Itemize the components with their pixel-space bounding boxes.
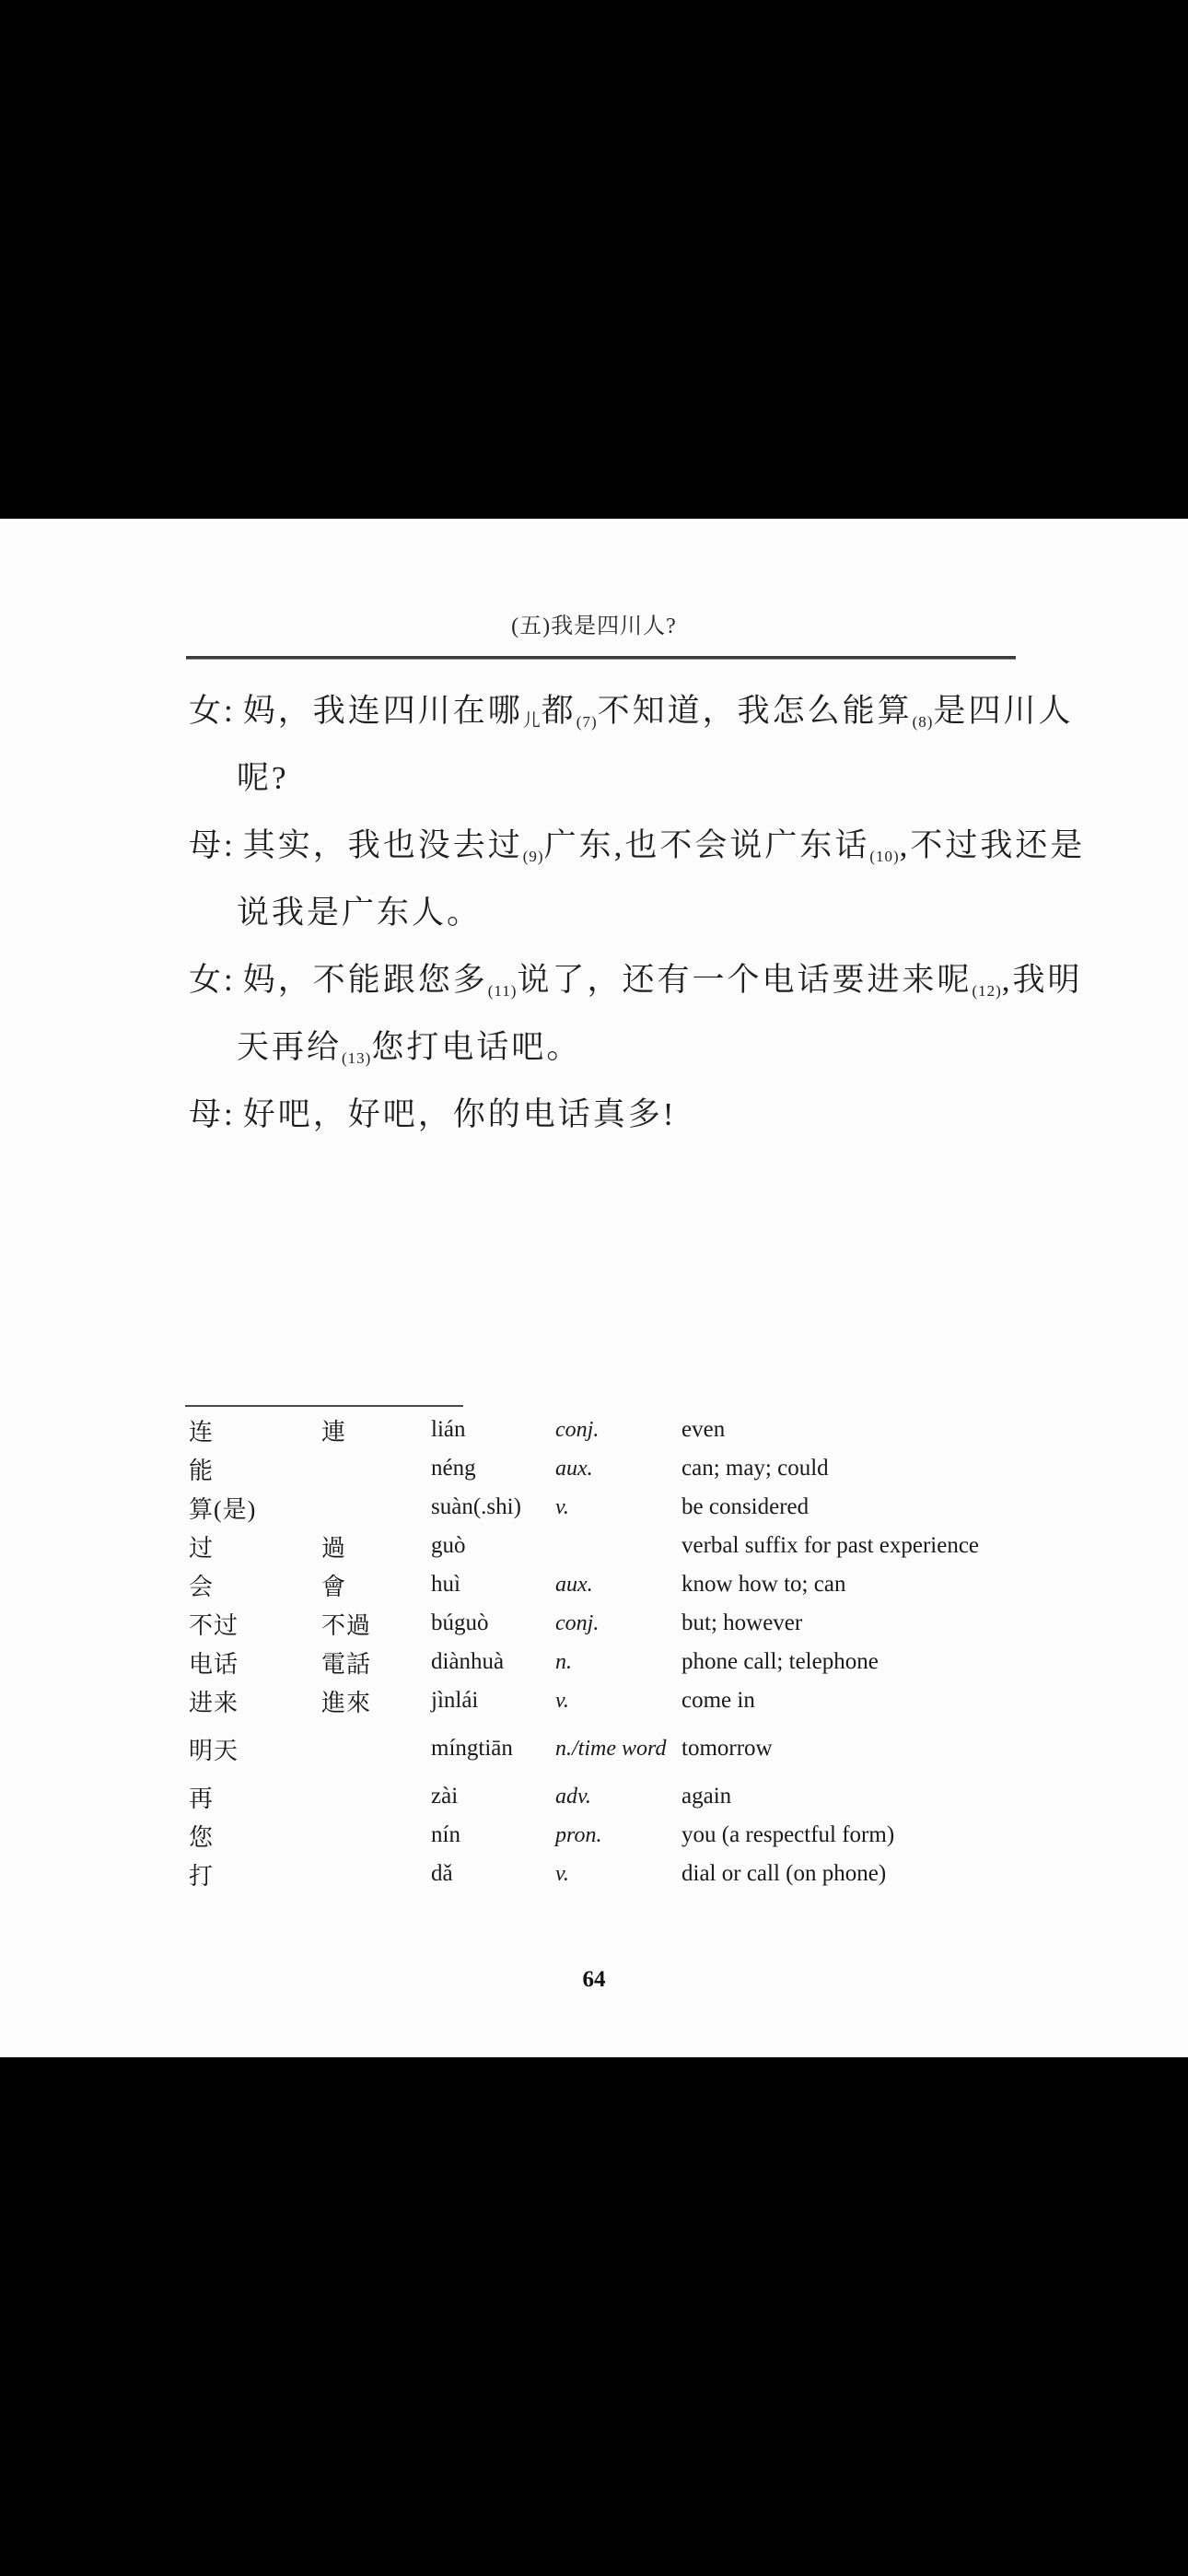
pos-cell: v. <box>555 1689 681 1713</box>
pos-cell: v. <box>555 1862 681 1886</box>
pinyin-cell: míngtiān <box>431 1736 555 1762</box>
vocab-divider <box>185 1405 463 1407</box>
dialogue-line: 母:其实，我也没去过(9)广东,也不会说广东话(10),不过我还是 <box>0 812 1188 879</box>
simplified-cell: 您 <box>189 1819 321 1853</box>
dialogue-text: 说了，还有一个电话要进来呢 <box>517 962 972 998</box>
dialogue-text: 您打电话吧。 <box>371 1029 581 1065</box>
dialogue-text: ,我明 <box>1002 962 1083 998</box>
simplified-cell: 能 <box>189 1452 321 1486</box>
speaker-label: 母: <box>189 1096 236 1132</box>
vocab-row: 打dǎv.dial or call (on phone) <box>0 1855 1188 1893</box>
book-page: (五)我是四川人? 女:妈，我连四川在哪儿都(7)不知道，我怎么能算(8)是四川… <box>0 519 1188 2057</box>
vocab-row: 连連liánconj.even <box>0 1411 1188 1449</box>
header-divider <box>186 656 1016 660</box>
meaning-cell: but; however <box>681 1610 1188 1636</box>
dialogue-line: 呢? <box>0 744 1188 812</box>
vocab-table: 连連liánconj.even能néngaux.can; may; could算… <box>0 1411 1188 1893</box>
dialogue: 女:妈，我连四川在哪儿都(7)不知道，我怎么能算(8)是四川人呢?母:其实，我也… <box>0 677 1188 1148</box>
annotation-subscript: (7) <box>577 713 598 731</box>
pinyin-cell: néng <box>431 1456 555 1481</box>
page-title: (五)我是四川人? <box>0 611 1188 642</box>
annotation-subscript: (13) <box>342 1049 371 1067</box>
pos-cell: aux. <box>555 1573 681 1597</box>
simplified-cell: 不过 <box>189 1607 321 1641</box>
pos-cell: aux. <box>555 1457 681 1481</box>
dialogue-text: 妈，我连四川在哪 <box>243 693 523 729</box>
meaning-cell: be considered <box>681 1494 1188 1520</box>
scanned-page-letterbox: (五)我是四川人? 女:妈，我连四川在哪儿都(7)不知道，我怎么能算(8)是四川… <box>0 0 1188 2576</box>
meaning-cell: tomorrow <box>681 1736 1188 1762</box>
annotation-subscript: (11) <box>488 982 518 1000</box>
meaning-cell: phone call; telephone <box>681 1649 1188 1675</box>
dialogue-line: 天再给(13)您打电话吧。 <box>0 1013 1188 1081</box>
dialogue-text: ,不过我还是 <box>900 827 1086 863</box>
pinyin-cell: dǎ <box>431 1861 555 1887</box>
vocab-row: 算(是)suàn(.shi)v.be considered <box>0 1488 1188 1527</box>
vocab-row: 进来進來jìnláiv.come in <box>0 1681 1188 1720</box>
pos-cell: adv. <box>555 1785 681 1809</box>
traditional-cell: 進來 <box>321 1684 431 1718</box>
simplified-cell: 过 <box>189 1529 321 1563</box>
meaning-cell: again <box>681 1784 1188 1809</box>
pos-cell: v. <box>555 1495 681 1519</box>
vocab-row: 您nínpron.you (a respectful form) <box>0 1816 1188 1855</box>
simplified-cell: 打 <box>189 1857 321 1891</box>
vocab-row: 能néngaux.can; may; could <box>0 1449 1188 1488</box>
traditional-cell: 不過 <box>321 1607 431 1641</box>
vocab-row: 会會huìaux.know how to; can <box>0 1565 1188 1604</box>
dialogue-line: 母:好吧，好吧，你的电话真多! <box>0 1081 1188 1148</box>
pos-cell: n. <box>555 1650 681 1674</box>
pinyin-cell: jìnlái <box>431 1688 555 1714</box>
meaning-cell: can; may; could <box>681 1456 1188 1481</box>
dialogue-text: 是四川人 <box>933 693 1073 729</box>
meaning-cell: even <box>681 1417 1188 1443</box>
traditional-cell: 會 <box>321 1568 431 1602</box>
dialogue-text: 呢? <box>237 760 289 796</box>
meaning-cell: you (a respectful form) <box>681 1822 1188 1848</box>
pos-cell: conj. <box>555 1418 681 1442</box>
vocab-row: 再zàiadv.again <box>0 1777 1188 1816</box>
annotation-subscript: (12) <box>972 982 1001 1000</box>
dialogue-text: 妈，不能跟您多 <box>243 962 488 998</box>
speaker-label: 女: <box>189 962 236 998</box>
pos-cell: n./time word <box>555 1737 681 1761</box>
meaning-cell: know how to; can <box>681 1572 1188 1598</box>
dialogue-text: 天再给 <box>237 1029 342 1065</box>
simplified-cell: 算(是) <box>189 1491 321 1525</box>
pinyin-cell: zài <box>431 1784 555 1809</box>
dialogue-text: 好吧，好吧，你的电话真多! <box>243 1096 677 1132</box>
vocab-row: 过過guòverbal suffix for past experience <box>0 1527 1188 1565</box>
annotation-subscript: (10) <box>869 848 899 865</box>
pinyin-cell: suàn(.shi) <box>431 1494 555 1520</box>
pinyin-cell: búguò <box>431 1610 555 1636</box>
simplified-cell: 进来 <box>189 1684 321 1718</box>
page-number: 64 <box>0 1967 1188 1993</box>
simplified-cell: 再 <box>189 1780 321 1814</box>
meaning-cell: come in <box>681 1688 1188 1714</box>
pinyin-cell: huì <box>431 1572 555 1598</box>
vocab-row: 电话電話diànhuàn.phone call; telephone <box>0 1643 1188 1681</box>
dialogue-text: 其实，我也没去过 <box>243 827 523 863</box>
meaning-cell: dial or call (on phone) <box>681 1861 1188 1887</box>
speaker-label: 女: <box>189 693 236 729</box>
vocab-row: 不过不過búguòconj.but; however <box>0 1604 1188 1643</box>
pinyin-cell: guò <box>431 1533 555 1559</box>
small-erhua-char: 儿 <box>523 711 542 731</box>
dialogue-text: 不知道，我怎么能算 <box>598 693 913 729</box>
dialogue-line: 女:妈，我连四川在哪儿都(7)不知道，我怎么能算(8)是四川人 <box>0 677 1188 744</box>
pinyin-cell: diànhuà <box>431 1649 555 1675</box>
dialogue-text: 都 <box>542 693 577 729</box>
dialogue-line: 女:妈，不能跟您多(11)说了，还有一个电话要进来呢(12),我明 <box>0 946 1188 1013</box>
simplified-cell: 会 <box>189 1568 321 1602</box>
pos-cell: pron. <box>555 1823 681 1847</box>
speaker-label: 母: <box>189 827 236 863</box>
meaning-cell: verbal suffix for past experience <box>681 1533 1188 1559</box>
pinyin-cell: nín <box>431 1822 555 1848</box>
simplified-cell: 电话 <box>189 1645 321 1680</box>
traditional-cell: 過 <box>321 1529 431 1563</box>
pinyin-cell: lián <box>431 1417 555 1443</box>
vocab-row: 明天míngtiānn./time wordtomorrow <box>0 1720 1188 1777</box>
annotation-subscript: (9) <box>523 848 544 865</box>
simplified-cell: 连 <box>189 1413 321 1447</box>
dialogue-text: 广东,也不会说广东话 <box>544 827 870 863</box>
traditional-cell: 連 <box>321 1413 431 1447</box>
annotation-subscript: (8) <box>913 713 934 731</box>
dialogue-line: 说我是广东人。 <box>0 879 1188 946</box>
traditional-cell: 電話 <box>321 1645 431 1680</box>
dialogue-text: 说我是广东人。 <box>237 895 482 931</box>
pos-cell: conj. <box>555 1611 681 1635</box>
simplified-cell: 明天 <box>189 1732 321 1766</box>
